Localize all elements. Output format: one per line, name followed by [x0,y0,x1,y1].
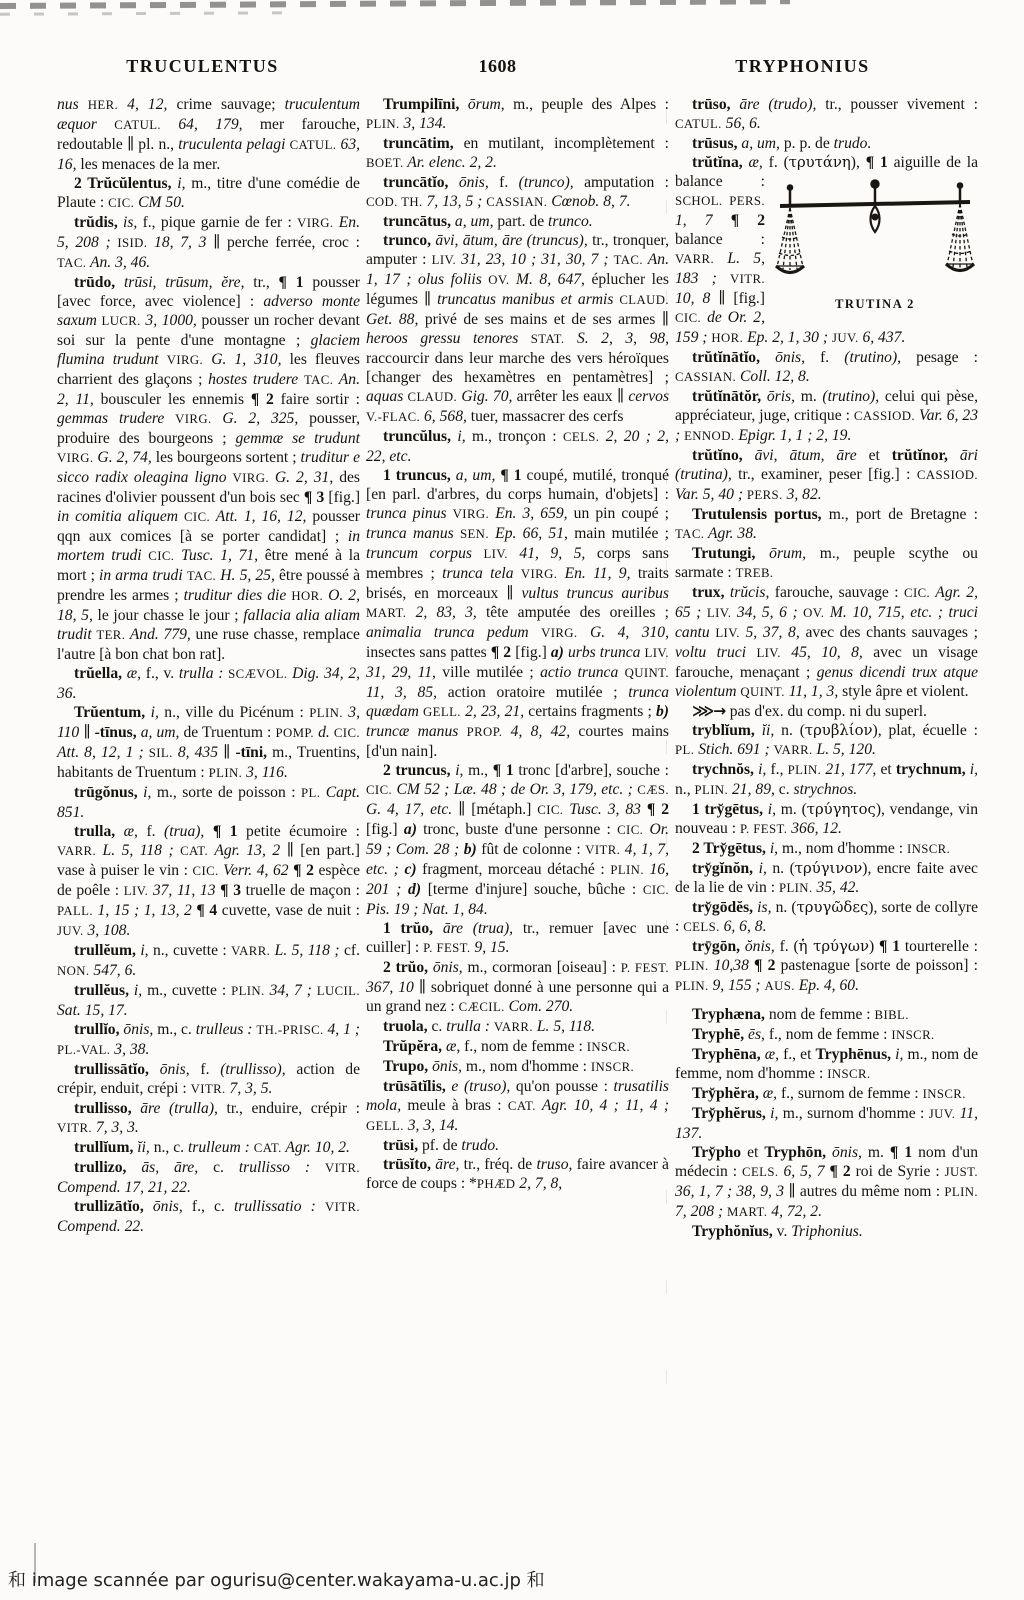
dictionary-entry: trūso, āre (trudo), tr., pousser vivemen… [675,95,978,134]
page-number: 1608 [455,56,540,77]
dictionary-entry: trullĕus, i, m., cuvette : PLIN. 34, 7 ;… [57,981,360,1020]
figure-caption: TRUTINA 2 [772,295,978,314]
dictionary-entry: truola, c. trulla : VARR. L. 5, 118. [366,1017,669,1037]
dictionary-entry: trux, trŭcis, farouche, sauvage : CIC. A… [675,583,978,702]
dictionary-entry: trullizātĭo, ōnis, f., c. trullissatio :… [57,1197,360,1236]
dictionary-entry: Trŭpĕra, æ, f., nom de femme : INSCR. [366,1037,669,1057]
dictionary-entry: 2 truncus, i, m., ¶ 1 tronc [d'arbre], s… [366,761,669,919]
dictionary-entry: trūsĭto, āre, tr., fréq. de truso, faire… [366,1155,669,1194]
dictionary-entry: trūdo, trūsi, trūsum, ĕre, tr., ¶ 1 pous… [57,273,360,664]
dictionary-entry: Trutungi, ōrum, m., peuple scythe ou sar… [675,544,978,583]
dictionary-entry: trullizo, ās, āre, c. trullisso : VITR. … [57,1158,360,1197]
dictionary-entry: Tryphēna, æ, f., et Tryphēnus, i, m., no… [675,1045,978,1084]
dictionary-entry: Try̆phĕrus, i, m., surnom d'homme : JUV.… [675,1104,978,1143]
dictionary-entry: ⋙→ pas d'ex. du comp. ni du superl. [675,702,978,721]
dictionary-entry: trŭella, æ, f., v. trulla : SCÆVOL. Dig.… [57,664,360,703]
dictionary-entry: Tryphē, ēs, f., nom de femme : INSCR. [675,1025,978,1045]
dictionary-entry: trȳgōn, ŏnis, f. (ἡ τρύγων) ¶ 1 tourtere… [675,937,978,996]
dictionary-entry: 2 Trŭcŭlentus, i, m., titre d'une comédi… [57,174,360,213]
dictionary-entry: 2 Try̆gētus, i, m., nom d'homme : INSCR. [675,839,978,859]
dictionary-entry: trŭtĭnātŏr, ōris, m. (trutino), celui qu… [675,387,978,446]
dictionary-entry: truncŭlus, i, m., tronçon : CELS. 2, 20 … [366,427,669,466]
dictionary-entry: trulla, æ, f. (trua), ¶ 1 petite écumoir… [57,822,360,941]
scan-attribution: 和 image scannée par ogurisu@center.wakay… [8,1566,1008,1592]
dictionary-entry: Trutulensis portus, m., port de Bretagne… [675,505,978,544]
dictionary-entry: trullĭum, ĭi, n., c. trulleum : CAT. Agr… [57,1138,360,1158]
dictionary-entry: trŭtĭno, āvi, ātum, āre et trŭtĭnor, āri… [675,446,978,505]
dictionary-entry: trullissātĭo, ōnis, f. (trullisso), acti… [57,1060,360,1099]
running-head: TRUCULENTUS 1608 TRYPHONIUS [0,56,1024,82]
balance-scale-illustration [772,175,978,293]
dictionary-entry: try̆gōdĕs, is, n. (τρυγῶδες), sorte de c… [675,898,978,937]
trutina-figure: TRUTINA 2 [772,175,978,314]
dictionary-entry: trullisso, āre (trulla), tr., enduire, c… [57,1099,360,1138]
dictionary-entry: truncātĭo, ōnis, f. (trunco), amputation… [366,173,669,212]
scan-artifact-top-2 [0,11,300,16]
dictionary-entry: trychnŏs, i, f., PLIN. 21, 177, et trych… [675,760,978,800]
dictionary-entry: truncātus, a, um, part. de trunco. [366,212,669,231]
dictionary-entry: Trumpilīni, ōrum, m., peuple des Alpes :… [366,95,669,134]
dictionary-entry: trūsus, a, um, p. p. de trudo. [675,134,978,153]
dictionary-entry: Trupo, ōnis, m., nom d'homme : INSCR. [366,1057,669,1077]
dictionary-entry: try̆gĭnŏn, i, n. (τρύγινον), encre faite… [675,859,978,898]
dictionary-entry: Trŭentum, i, n., ville du Picénum : PLIN… [57,703,360,783]
running-head-left: TRUCULENTUS [125,56,280,77]
dictionary-page-body: nus HER. 4, 12, crime sauvage; truculent… [57,95,979,1565]
dictionary-entry: tryblĭum, ĭi, n. (τρυβλίον), plat, écuel… [675,721,978,760]
dictionary-entry: Try̆phĕra, æ, f., surnom de femme : INSC… [675,1084,978,1104]
dictionary-entry: trullĭo, ōnis, m., c. trulleus : TH.-PRI… [57,1020,360,1060]
dictionary-entry: trullĕum, i, n., cuvette : VARR. L. 5, 1… [57,941,360,981]
dictionary-entry: Try̆pho et Tryphōn, ōnis, m. ¶ 1 nom d'u… [675,1143,978,1222]
dictionary-entry: trŭdis, is, f., pique garnie de fer : VI… [57,213,360,273]
dictionary-entry: truncātim, en mutilant, incomplètement :… [366,134,669,173]
column-1: nus HER. 4, 12, crime sauvage; truculent… [57,95,360,1565]
dictionary-entry: trūgŏnus, i, m., sorte de poisson : PL. … [57,783,360,822]
dictionary-entry: trūsi, pf. de trudo. [366,1136,669,1155]
column-2: Trumpilīni, ōrum, m., peuple des Alpes :… [366,95,669,1565]
dictionary-entry: Tryphŏnĭus, v. Triphonius. [675,1222,978,1241]
dictionary-entry: Tryphæna, nom de femme : BIBL. [675,1005,978,1025]
dictionary-entry: nus HER. 4, 12, crime sauvage; truculent… [57,95,360,174]
dictionary-entry: 1 truncus, a, um, ¶ 1 coupé, mutilé, tro… [366,466,669,761]
running-head-right: TRYPHONIUS [735,56,870,77]
column-3: trūso, āre (trudo), tr., pousser vivemen… [675,95,978,1565]
dictionary-entry: trŭtĭna, æ, f. (τρυτάνη), ¶ 1 [675,153,978,348]
dictionary-entry: trŭtĭnātĭo, ōnis, f. (trutino), pesage :… [675,348,978,387]
dictionary-entry: 1 trŭo, āre (trua), tr., remuer [avec un… [366,919,669,958]
scan-artifact-top [0,0,790,9]
dictionary-entry: 2 trŭo, ōnis, m., cormoran [oiseau] : P.… [366,958,669,1017]
dictionary-entry: trūsātĭlis, e (truso), qu'on pousse : tr… [366,1077,669,1136]
dictionary-entry: trunco, āvi, ātum, āre (truncus), tr., t… [366,231,669,427]
dictionary-entry: 1 try̆gētus, i, m. (τρύγητος), vendange,… [675,800,978,839]
